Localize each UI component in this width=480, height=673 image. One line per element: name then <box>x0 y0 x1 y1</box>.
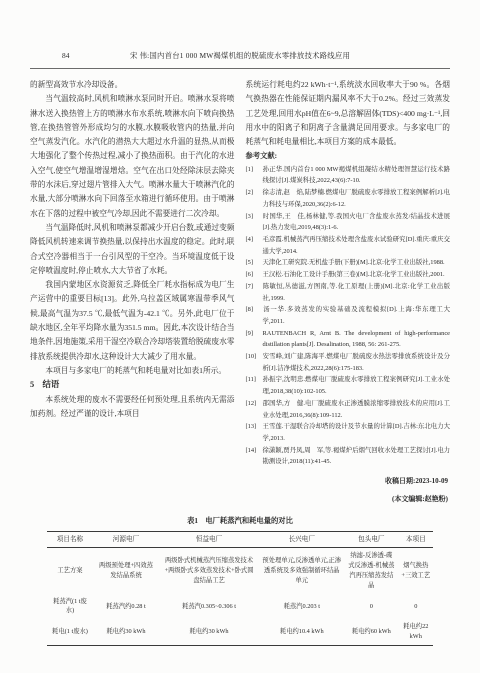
reference-item: [13]王雪莲.干湿联合冷却塔的设计及节水量的计算[D].吉林:东北电力大学,2… <box>246 421 451 444</box>
reference-label: [10] <box>246 351 263 363</box>
reference-text: 孙振宇,沈明忠.燃煤电厂脱硫废水零排放工程案例研究[J].工业水处理,2018,… <box>263 376 451 395</box>
reference-item: [7]陈敏恒,丛德滋,方图南,等.化工原理(上册)[M].北京:化学工业出版社,… <box>246 281 451 304</box>
references-heading: 参考文献: <box>246 149 451 163</box>
paragraph: 我国内蒙地区水资源贫乏,降低全厂耗水指标成为电厂生产运营中的重要目标[13]。此… <box>30 278 235 364</box>
table-header-row: 项目名称 河源电厂 恒益电厂 长兴电厂 包头电厂 本项目 <box>47 531 433 548</box>
page-content: 84 宋 伟:国内首台1 000 MW褐煤机组的脱硫废水零排放技术路线应用 的新… <box>30 50 450 646</box>
reference-item: [4]毛彦霞.机械蒸汽再压缩技术处理含盐废水试验研究[D].重庆:重庆交通大学,… <box>246 234 451 257</box>
table-row: 工艺方案 两级预处理+四效蒸发结晶系统 两级卧式机械蒸汽压缩蒸发技术+两级卧式多… <box>47 548 433 594</box>
page-header: 84 宋 伟:国内首台1 000 MW褐煤机组的脱硫废水零排放技术路线应用 <box>30 50 450 64</box>
reference-text: 孙正华.国内首台1 000 MW褐煤机组凝结水精处理智慧运行技术路线探讨[J].… <box>263 166 451 185</box>
reference-label: [2] <box>246 187 263 199</box>
left-column: 的新型高效节水冷却设备。 当气温较高时,风机和喷淋水泵同时开启。喷淋水泵将喷淋水… <box>30 78 235 507</box>
row-label: 耗蒸汽(1 t废水) <box>47 594 93 620</box>
table-row: 耗电(1 t废水) 耗电约30 kWh 耗电约30 kWh 耗电约10.4 kW… <box>47 619 433 645</box>
reference-label: [12] <box>246 398 263 410</box>
reference-label: [7] <box>246 281 263 293</box>
table-cell: 耗电约22 kWh <box>398 619 433 645</box>
reference-text: 徐志清,赵 焰,陆梦楠.燃煤电厂脱硫废水零排放工程案例解析[J].电力科技与环保… <box>263 189 451 208</box>
table-cell: 耗电约30 kWh <box>93 619 159 645</box>
table-header-cell: 长兴电厂 <box>259 531 344 548</box>
reference-text: RAUTENBACH R, Arnt B. The development of… <box>263 330 451 349</box>
table-cell: 耗电约30 kWh <box>159 619 259 645</box>
running-title: 宋 伟:国内首台1 000 MW褐煤机组的脱硫废水零排放技术路线应用 <box>30 50 450 61</box>
table-title: 表1 电厂耗蒸汽和耗电量的对比 <box>30 516 450 526</box>
paper-page: 84 宋 伟:国内首台1 000 MW褐煤机组的脱硫废水零排放技术路线应用 的新… <box>0 0 480 673</box>
reference-item: [6]王汉松.石油化工设计手册(第三卷)[M].北京:化学工业出版社,2001. <box>246 269 451 281</box>
table-cell: 0 <box>398 594 433 620</box>
reference-text: 陈敏恒,丛德滋,方图南,等.化工原理(上册)[M].北京:化学工业出版社,199… <box>263 283 451 302</box>
reference-text: 邵国华,方 健.电厂脱硫废水正渗透膜浓缩零排放技术的应用[J].工业水处理,20… <box>263 400 451 419</box>
paragraph: 本系统处理的废水不需要经任何预处理,且系统内无需添加药剂。经过严谨的设计,本项目 <box>30 393 235 422</box>
paragraph: 当气温降低时,风机和喷淋泵都减少开启台数,或通过变频降低风机转速来调节换热量,以… <box>30 221 235 278</box>
section-heading-conclusion: 5 结语 <box>30 378 235 392</box>
reference-item: [2]徐志清,赵 焰,陆梦楠.燃煤电厂脱硫废水零排放工程案例解析[J].电力科技… <box>246 187 451 210</box>
reference-text: 王雪莲.干湿联合冷却塔的设计及节水量的计算[D].吉林:东北电力大学,2013. <box>263 423 451 442</box>
table-cell: 耗蒸汽0.305~0.306 t <box>159 594 259 620</box>
table-cell: 纳滤-反渗透-碟式反渗透-机械蒸汽再压缩蒸发结晶 <box>344 548 398 594</box>
reference-label: [9] <box>246 328 263 340</box>
table-cell: 两级卧式机械蒸汽压缩蒸发技术+两级卧式多效蒸发技术+卧式圆盘结晶工艺 <box>159 548 259 594</box>
table-header-cell: 恒益电厂 <box>159 531 259 548</box>
header-rule <box>30 68 450 69</box>
reference-label: [14] <box>246 445 263 457</box>
table-cell: 烟气换热+三效工艺 <box>398 548 433 594</box>
reference-item: [12]邵国华,方 健.电厂脱硫废水正渗透膜浓缩零排放技术的应用[J].工业水处… <box>246 398 451 421</box>
reference-label: [13] <box>246 421 263 433</box>
row-label: 工艺方案 <box>47 548 93 594</box>
reference-text: 毛彦霞.机械蒸汽再压缩技术处理含盐废水试验研究[D].重庆:重庆交通大学,201… <box>263 236 451 255</box>
table-cell: 预处理单元,反渗透单元,正渗透系统及多效强制循环结晶单元 <box>259 548 344 594</box>
reference-label: [11] <box>246 374 263 386</box>
reference-item: [14]徐潇颖,贾丹凤,周 军,等.褐煤炉后烟气回收水处理工艺探讨[J].电力勘… <box>246 445 451 468</box>
paragraph-continuation: 的新型高效节水冷却设备。 <box>30 78 235 92</box>
reference-item: [5]天津化工研究院.无机盐手册(下册)[M].北京:化学工业出版社,1988. <box>246 257 451 269</box>
table-cell: 两级预处理+四效蒸发结晶系统 <box>93 548 159 594</box>
paragraph: 当气温较高时,风机和喷淋水泵同时开启。喷淋水泵将喷淋水送入换热管上方的喷淋水布水… <box>30 92 235 221</box>
paragraph: 本项目与多家电厂的耗蒸气和耗电量对比如表1所示。 <box>30 364 235 378</box>
table-cell: 耗蒸汽0.203 t <box>259 594 344 620</box>
reference-item: [3]时国华,王 佳,杨林健,等.我国火电厂含盐废水蒸发/结晶技术进展[J].热… <box>246 211 451 234</box>
table-cell: 耗电约60 kWh <box>344 619 398 645</box>
reference-item: [10]安雪峰,刘广建,陈海平.燃煤电厂脱硫废水热法零排放系统设计及分析[J].… <box>246 351 451 374</box>
reference-label: [1] <box>246 164 263 176</box>
reference-label: [4] <box>246 234 263 246</box>
two-column-body: 的新型高效节水冷却设备。 当气温较高时,风机和喷淋水泵同时开启。喷淋水泵将喷淋水… <box>30 78 450 507</box>
paragraph-continuation: 系统运行耗电约22 kWh·t⁻¹,系统淡水回收率大于90 %。各烟气换热器在性… <box>246 78 451 149</box>
comparison-table: 项目名称 河源电厂 恒益电厂 长兴电厂 包头电厂 本项目 工艺方案 两级预处理+… <box>47 531 433 646</box>
table-row: 耗蒸汽(1 t废水) 耗蒸汽约0.28 t 耗蒸汽0.305~0.306 t 耗… <box>47 594 433 620</box>
reference-text: 天津化工研究院.无机盐手册(下册)[M].北京:化学工业出版社,1988. <box>263 259 445 266</box>
table-header-cell: 项目名称 <box>47 531 93 548</box>
reference-label: [3] <box>246 211 263 223</box>
reference-text: 王汉松.石油化工设计手册(第三卷)[M].北京:化学工业出版社,2001. <box>263 271 445 278</box>
row-label: 耗电(1 t废水) <box>47 619 93 645</box>
table-cell: 耗电约10.4 kWh <box>259 619 344 645</box>
reference-text: 汤一华.多效蒸发的实验基础及流程模拟[D].上海:华东理工大学,2011. <box>263 306 451 325</box>
reference-item: [1]孙正华.国内首台1 000 MW褐煤机组凝结水精处理智慧运行技术路线探讨[… <box>246 164 451 187</box>
received-date: 收稿日期:2023-10-09 <box>246 474 449 488</box>
table-header-cell: 本项目 <box>398 531 433 548</box>
reference-item: [11]孙振宇,沈明忠.燃煤电厂脱硫废水零排放工程案例研究[J].工业水处理,2… <box>246 374 451 397</box>
reference-item: [8]汤一华.多效蒸发的实验基础及流程模拟[D].上海:华东理工大学,2011. <box>246 304 451 327</box>
comparison-table-block: 表1 电厂耗蒸汽和耗电量的对比 项目名称 河源电厂 恒益电厂 长兴电厂 包头电厂… <box>30 516 450 646</box>
reference-label: [6] <box>246 269 263 281</box>
page-number: 84 <box>62 51 69 60</box>
editor-note: (本文编辑:赵艳粉) <box>246 492 449 506</box>
table-header-cell: 包头电厂 <box>344 531 398 548</box>
reference-text: 安雪峰,刘广建,陈海平.燃煤电厂脱硫废水热法零排放系统设计及分析[J].洁净煤技… <box>263 353 451 372</box>
table-header-cell: 河源电厂 <box>93 531 159 548</box>
reference-text: 徐潇颖,贾丹凤,周 军,等.褐煤炉后烟气回收水处理工艺探讨[J].电力勘测设计,… <box>263 447 451 466</box>
table-cell: 耗蒸汽约0.28 t <box>93 594 159 620</box>
table-cell: 0 <box>344 594 398 620</box>
reference-label: [5] <box>246 257 263 269</box>
right-column: 系统运行耗电约22 kWh·t⁻¹,系统淡水回收率大于90 %。各烟气换热器在性… <box>246 78 451 507</box>
reference-text: 时国华,王 佳,杨林健,等.我国火电厂含盐废水蒸发/结晶技术进展[J].热力发电… <box>263 213 451 232</box>
reference-item: [9]RAUTENBACH R, Arnt B. The development… <box>246 328 451 351</box>
reference-label: [8] <box>246 304 263 316</box>
